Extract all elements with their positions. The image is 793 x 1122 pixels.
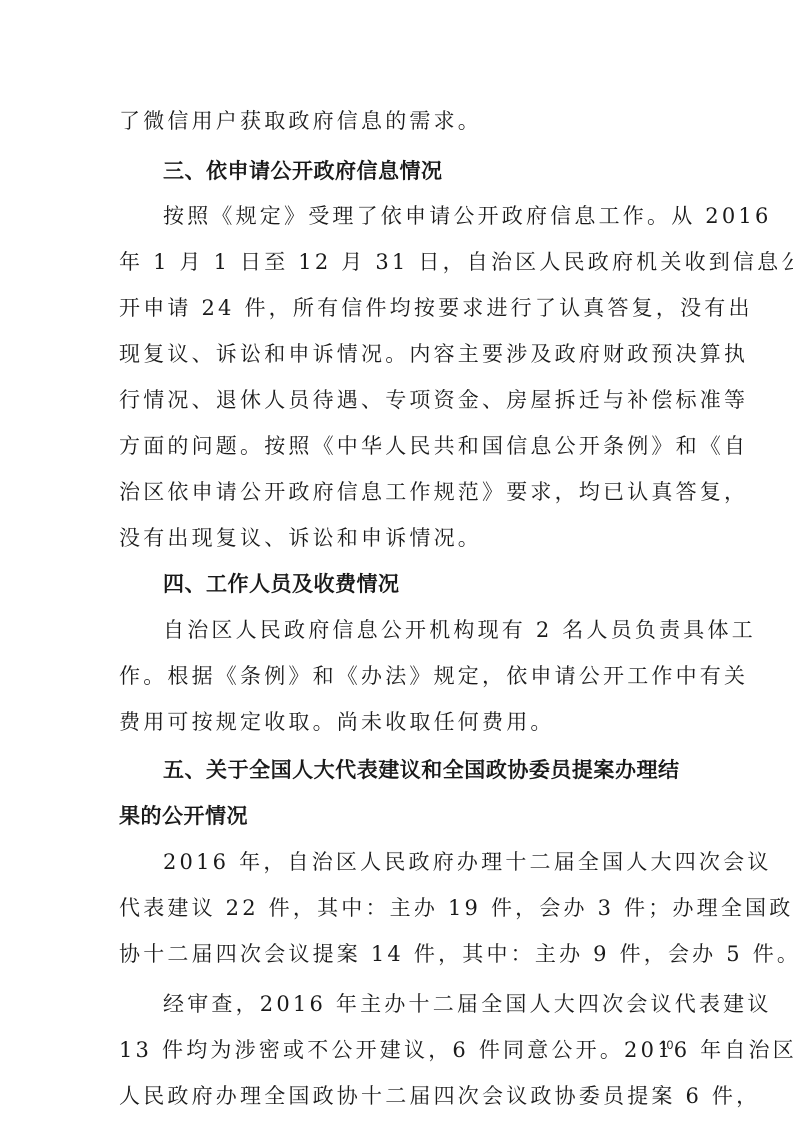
paragraph-line: 治区依申请公开政府信息工作规范》要求，均已认真答复， [119, 472, 679, 512]
paragraph-line: 作。根据《条例》和《办法》规定，依申请公开工作中有关 [119, 656, 679, 696]
paragraph-continuation-line: 了微信用户获取政府信息的需求。 [119, 101, 679, 141]
paragraph-line: 人民政府办理全国政协十二届四次会议政协委员提案 6 件， [119, 1076, 679, 1116]
paragraph-line: 方面的问题。按照《中华人民共和国信息公开条例》和《自 [119, 426, 679, 466]
paragraph-line: 代表建议 22 件，其中：主办 19 件，会办 3 件；办理全国政 [119, 888, 679, 928]
section-heading-4: 四、工作人员及收费情况 [163, 564, 400, 604]
paragraph-line: 13 件均为涉密或不公开建议，6 件同意公开。2016 年自治区 [119, 1030, 679, 1070]
paragraph-line: 年 1 月 1 日至 12 月 31 日，自治区人民政府机关收到信息公 [119, 242, 679, 282]
paragraph-line: 开申请 24 件，所有信件均按要求进行了认真答复，没有出 [119, 288, 679, 328]
section-heading-5: 五、关于全国人大代表建议和全国政协委员提案办理结 [163, 750, 679, 790]
paragraph-line: 费用可按规定收取。尚未收取任何费用。 [119, 702, 679, 742]
paragraph-line: 没有出现复议、诉讼和申诉情况。 [119, 518, 679, 558]
paragraph-line: 协十二届四次会议提案 14 件，其中：主办 9 件，会办 5 件。 [119, 934, 679, 974]
paragraph-line: 2016 年，自治区人民政府办理十二届全国人大四次会议 [163, 842, 679, 882]
page-number: 10 [660, 1038, 673, 1052]
section-heading-5-continuation: 果的公开情况 [119, 796, 248, 836]
paragraph-line: 现复议、诉讼和申诉情况。内容主要涉及政府财政预决算执 [119, 334, 679, 374]
paragraph-line: 按照《规定》受理了依申请公开政府信息工作。从 2016 [163, 196, 679, 236]
section-heading-3: 三、依申请公开政府信息情况 [163, 151, 443, 191]
document-page: 了微信用户获取政府信息的需求。 三、依申请公开政府信息情况 按照《规定》受理了依… [0, 0, 793, 1122]
paragraph-line: 行情况、退休人员待遇、专项资金、房屋拆迁与补偿标准等 [119, 380, 679, 420]
paragraph-line: 经审查，2016 年主办十二届全国人大四次会议代表建议 [163, 984, 679, 1024]
paragraph-line: 自治区人民政府信息公开机构现有 2 名人员负责具体工 [163, 610, 679, 650]
